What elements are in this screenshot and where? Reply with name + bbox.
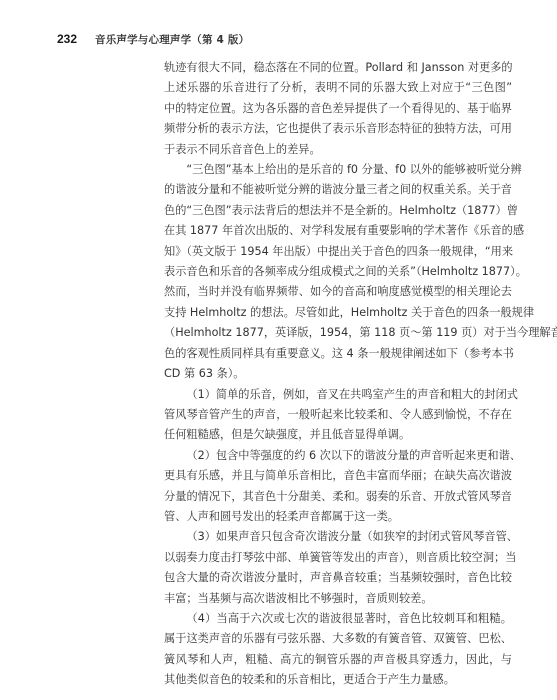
text-line: 表示音色和乐音的各频率成分组成模式之间的关系”（Helmholtz 1877）。 xyxy=(164,262,512,282)
text-line: CD 第 63 条）。 xyxy=(164,364,512,384)
paragraph: （1）简单的乐音，例如，音叉在共鸣室产生的声音和粗大的封闭式 管风琴音管产生的声… xyxy=(164,385,512,446)
paragraph: （2）包含中等强度的约 6 次以下的谐波分量的声音听起来更和谐、 更具有乐感，并… xyxy=(164,446,512,528)
paragraph: （3）如果声音只包含奇次谐波分量（如狭窄的封闭式管风琴音管、 以弱奏力度击打琴弦… xyxy=(164,527,512,609)
text-line: 在其 1877 年首次出版的、对学科发展有重要影响的学术著作《乐音的感 xyxy=(164,221,512,241)
text-line: 簧风琴和人声，粗糙、高亢的铜管乐器的声音极具穿透力，因此，与 xyxy=(164,650,512,670)
text-line: 以弱奏力度击打琴弦中部、单簧管等发出的声音），则音质比较空洞；当 xyxy=(164,548,512,568)
text-line: （Helmholtz 1877，英译版，1954，第 118 页～第 119 页… xyxy=(164,323,512,343)
paragraph: 轨迹有很大不同，稳态落在不同的位置。Pollard 和 Jansson 对更多的… xyxy=(164,58,512,160)
text-line: （2）包含中等强度的约 6 次以下的谐波分量的声音听起来更和谐、 xyxy=(164,446,512,466)
text-line: 包含大量的奇次谐波分量时，声音鼻音较重；当基频较强时，音色比较 xyxy=(164,568,512,588)
text-line: 轨迹有很大不同，稳态落在不同的位置。Pollard 和 Jansson 对更多的 xyxy=(164,58,512,78)
text-line: 频带分析的表示方法，它也提供了表示乐音形态特征的独特方法，可用 xyxy=(164,119,512,139)
text-line: 分量的情况下，其音色十分甜美、柔和。弱奏的乐音、开放式管风琴音 xyxy=(164,487,512,507)
text-line: （3）如果声音只包含奇次谐波分量（如狭窄的封闭式管风琴音管、 xyxy=(164,527,512,547)
text-line: 支持 Helmholtz 的想法。尽管如此，Helmholtz 关于音色的四条一… xyxy=(164,303,512,323)
text-line: 管风琴音管产生的声音，一般听起来比较柔和、令人感到愉悦，不存在 xyxy=(164,405,512,425)
text-line: 的谐波分量和不能被听觉分辨的谐波分量三者之间的权重关系。关于音 xyxy=(164,180,512,200)
text-line: （1）简单的乐音，例如，音叉在共鸣室产生的声音和粗大的封闭式 xyxy=(164,385,512,405)
body-text: 轨迹有很大不同，稳态落在不同的位置。Pollard 和 Jansson 对更多的… xyxy=(164,58,512,691)
text-line: “三色图”基本上给出的是乐音的 f0 分量、f0 以外的能够被听觉分辨 xyxy=(164,160,512,180)
text-line: 色的客观性质同样具有重要意义。这 4 条一般规律阐述如下（参考本书 xyxy=(164,344,512,364)
page-number: 232 xyxy=(57,32,95,46)
text-line: 其他类似音色的较柔和的乐音相比，更适合于产生力量感。 xyxy=(164,670,512,690)
text-line: 于表示不同乐音音色上的差异。 xyxy=(164,140,512,160)
running-header: 232 音乐声学与心理声学（第 4 版） xyxy=(57,32,249,47)
running-title: 音乐声学与心理声学（第 4 版） xyxy=(95,32,249,47)
text-line: 更具有乐感，并且与简单乐音相比，音色丰富而华丽；在缺失高次谐波 xyxy=(164,466,512,486)
text-line: 知》（英文版于 1954 年出版）中提出关于音色的四条一般规律，“用来 xyxy=(164,242,512,262)
text-line: 然而，当时并没有临界频带、如今的音高和响度感觉模型的相关理论去 xyxy=(164,282,512,302)
text-line: 色的“三色图”表示法背后的想法并不是全新的。Helmholtz（1877）曾 xyxy=(164,201,512,221)
paragraph: （4）当高于六次或七次的谐波很显著时，音色比较刺耳和粗糙。 属于这类声音的乐器有… xyxy=(164,609,512,691)
text-line: 属于这类声音的乐器有弓弦乐器、大多数的有簧音管、双簧管、巴松、 xyxy=(164,629,512,649)
text-line: 任何粗糙感，但是欠缺强度，并且低音显得单调。 xyxy=(164,425,512,445)
text-line: 管、人声和圆号发出的轻柔声音都属于这一类。 xyxy=(164,507,512,527)
text-line: 中的特定位置。这为各乐器的音色差异提供了一个看得见的、基于临界 xyxy=(164,99,512,119)
text-line: 丰富；当基频与高次谐波相比不够强时，音质则较差。 xyxy=(164,589,512,609)
text-line: （4）当高于六次或七次的谐波很显著时，音色比较刺耳和粗糙。 xyxy=(164,609,512,629)
text-line: 上述乐器的乐音进行了分析，表明不同的乐器大致上对应于“三色图” xyxy=(164,78,512,98)
paragraph: “三色图”基本上给出的是乐音的 f0 分量、f0 以外的能够被听觉分辨 的谐波分… xyxy=(164,160,512,384)
